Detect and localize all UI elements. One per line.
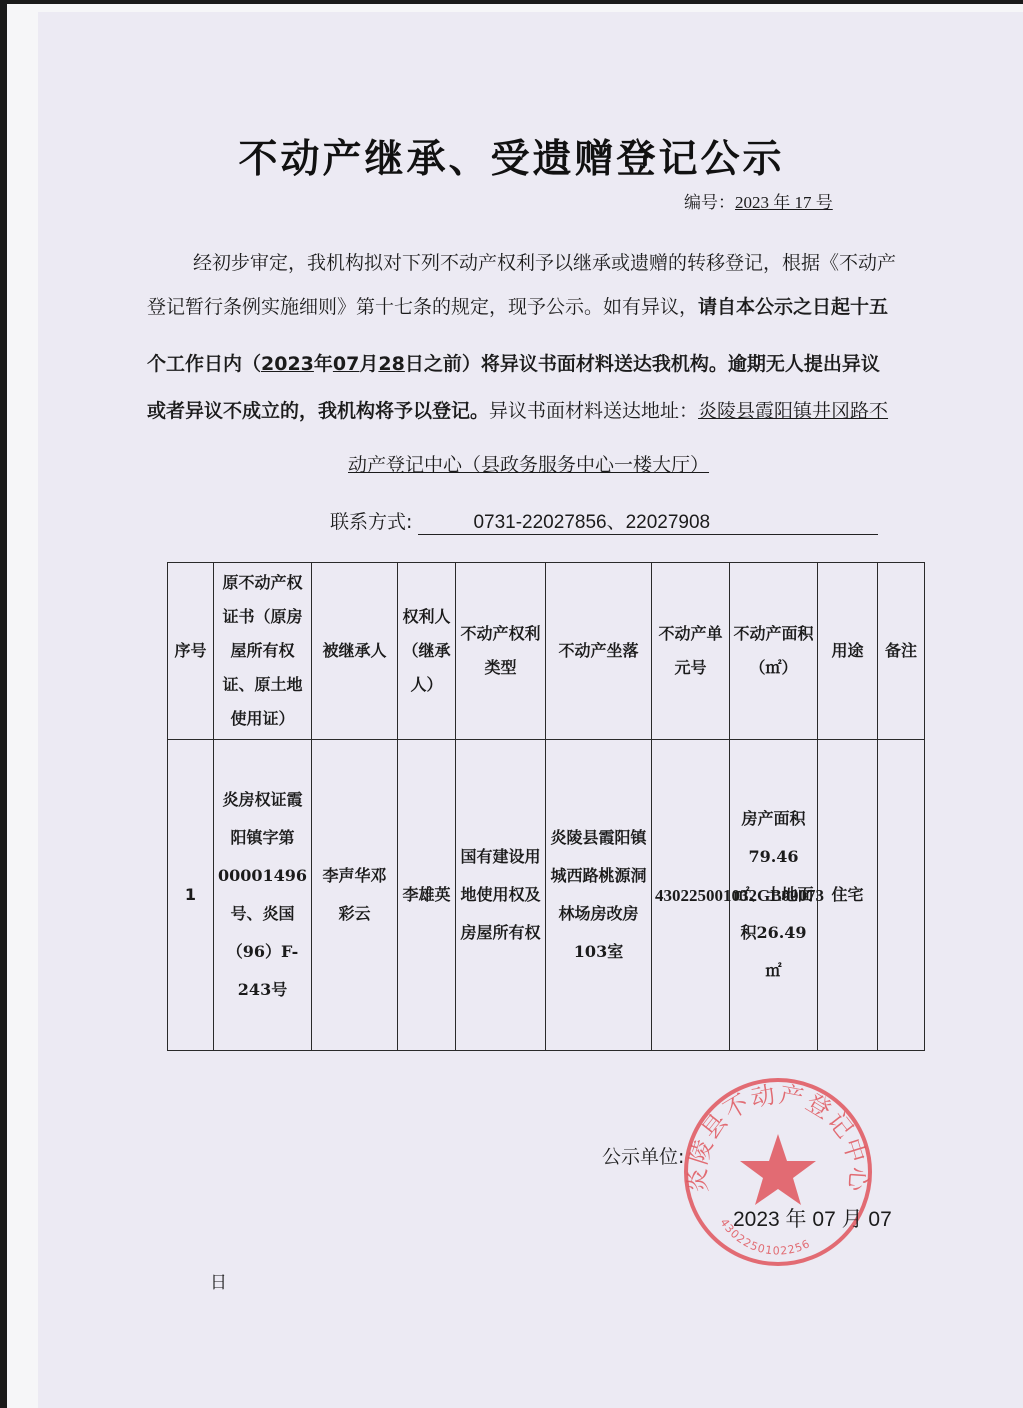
cell-area: 房产面积79.46㎡、土地面积26.49㎡ (730, 740, 818, 1051)
document-number: 编号：2023 年 17 号 (684, 188, 839, 213)
document-title: 不动产继承、受遗赠登记公示 (0, 128, 1023, 184)
publisher-label: 公示单位: (602, 1142, 684, 1169)
deadline-day: 28 (378, 353, 404, 375)
header-seq: 序号 (168, 563, 214, 740)
cell-right-type: 国有建设用地使用权及房屋所有权 (456, 740, 546, 1051)
registration-table: 序号 原不动产权证书（原房屋所有权证、原土地使用证） 被继承人 权利人（继承人）… (167, 562, 925, 1051)
deadline-prefix: 个工作日内（ (147, 353, 261, 375)
cell-remarks (878, 740, 925, 1051)
cell-usage: 住宅 (818, 740, 878, 1051)
document-number-label: 编号： (684, 193, 735, 213)
cell-unit-number: 430225001032GB00073 (652, 740, 730, 1051)
cell-original-certificate: 炎房权证霞阳镇字第00001496号、炎国（96）F-243号 (214, 740, 312, 1051)
contact-label: 联系方式: (330, 511, 412, 533)
deadline-year: 2023 (261, 353, 314, 375)
header-location: 不动产坐落 (546, 563, 652, 740)
table-header-row: 序号 原不动产权证书（原房屋所有权证、原土地使用证） 被继承人 权利人（继承人）… (168, 563, 925, 740)
cell-decedent: 李声华邓彩云 (312, 740, 398, 1051)
body-line-4: 或者异议不成立的，我机构将予以登记。异议书面材料送达地址：炎陵县霞阳镇井冈路不 (147, 402, 937, 421)
body-line-2-normal: 登记暂行条例实施细则》第十七条的规定，现予公示。如有异议， (147, 296, 698, 318)
month-char: 月 (359, 353, 378, 375)
deadline-suffix: 日之前）将异议书面材料送达我机构。逾期无人提出异议 (405, 353, 880, 375)
document-number-value: 2023 年 17 号 (735, 193, 839, 212)
contact-value: 0731-22027856、22027908 (418, 507, 878, 535)
year-char: 年 (314, 353, 333, 375)
publish-date-day-char: 日 (210, 1268, 227, 1293)
deadline-month: 07 (333, 353, 359, 375)
header-decedent: 被继承人 (312, 563, 398, 740)
contact-info: 联系方式: 0731-22027856、22027908 (330, 507, 878, 535)
body-line-2: 登记暂行条例实施细则》第十七条的规定，现予公示。如有异议，请自本公示之日起十五 (147, 298, 937, 317)
body-line-4-normal: 异议书面材料送达地址： (489, 400, 698, 422)
header-usage: 用途 (818, 563, 878, 740)
cell-heir: 李雄英 (398, 740, 456, 1051)
header-unit-number: 不动产单元号 (652, 563, 730, 740)
publish-date: 2023 年 07 月 07 (733, 1203, 892, 1233)
header-remarks: 备注 (878, 563, 925, 740)
address-part-1: 炎陵县霞阳镇井冈路不 (698, 400, 888, 422)
cell-location: 炎陵县霞阳镇城西路桃源洞林场房改房103室 (546, 740, 652, 1051)
header-right-type: 不动产权利类型 (456, 563, 546, 740)
body-line-3: 个工作日内（2023年07月28日之前）将异议书面材料送达我机构。逾期无人提出异… (147, 355, 937, 374)
header-heir: 权利人（继承人） (398, 563, 456, 740)
header-original-certificate: 原不动产权证书（原房屋所有权证、原土地使用证） (214, 563, 312, 740)
body-line-4-bold: 或者异议不成立的，我机构将予以登记。 (147, 400, 489, 422)
body-line-2-bold: 请自本公示之日起十五 (698, 296, 888, 318)
table-row: 1 炎房权证霞阳镇字第00001496号、炎国（96）F-243号 李声华邓彩云… (168, 740, 925, 1051)
address-line-2: 动产登记中心（县政务服务中心一楼大厅） (348, 456, 739, 475)
header-area: 不动产面积（㎡） (730, 563, 818, 740)
address-part-2: 动产登记中心（县政务服务中心一楼大厅） (348, 454, 709, 476)
cell-seq: 1 (168, 740, 214, 1051)
body-line-1: 经初步审定，我机构拟对下列不动产权利予以继承或遗赠的转移登记，根据《不动产 (147, 254, 983, 273)
